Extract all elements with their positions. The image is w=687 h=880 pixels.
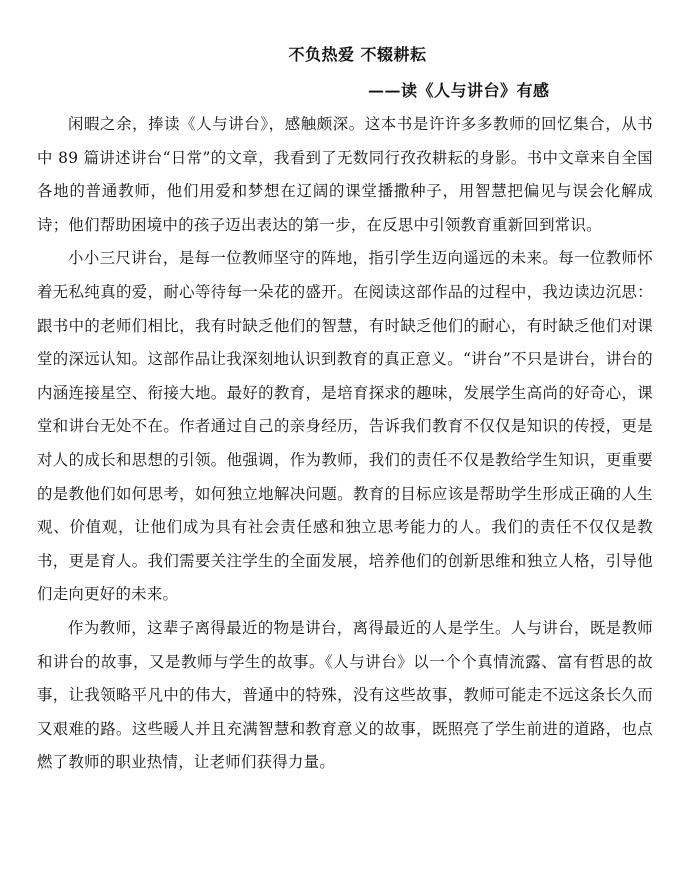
- document-subtitle: ——读《人与讲台》有感: [368, 78, 550, 101]
- document-title: 不负热爱 不辍耕耘: [0, 42, 687, 65]
- paragraph-1: 闲暇之余，捧读《人与讲台》，感触颇深。这本书是许许多多教师的回忆集合，从书中 8…: [37, 108, 653, 242]
- document-body: 闲暇之余，捧读《人与讲台》，感触颇深。这本书是许许多多教师的回忆集合，从书中 8…: [37, 108, 653, 780]
- paragraph-3: 作为教师，这辈子离得最近的物是讲台，离得最近的人是学生。人与讲台，既是教师和讲台…: [37, 612, 653, 780]
- paragraph-2: 小小三尺讲台，是每一位教师坚守的阵地，指引学生迈向遥远的未来。每一位教师怀着无私…: [37, 242, 653, 612]
- document-page: 不负热爱 不辍耕耘 ——读《人与讲台》有感 闲暇之余，捧读《人与讲台》，感触颇深…: [0, 0, 687, 880]
